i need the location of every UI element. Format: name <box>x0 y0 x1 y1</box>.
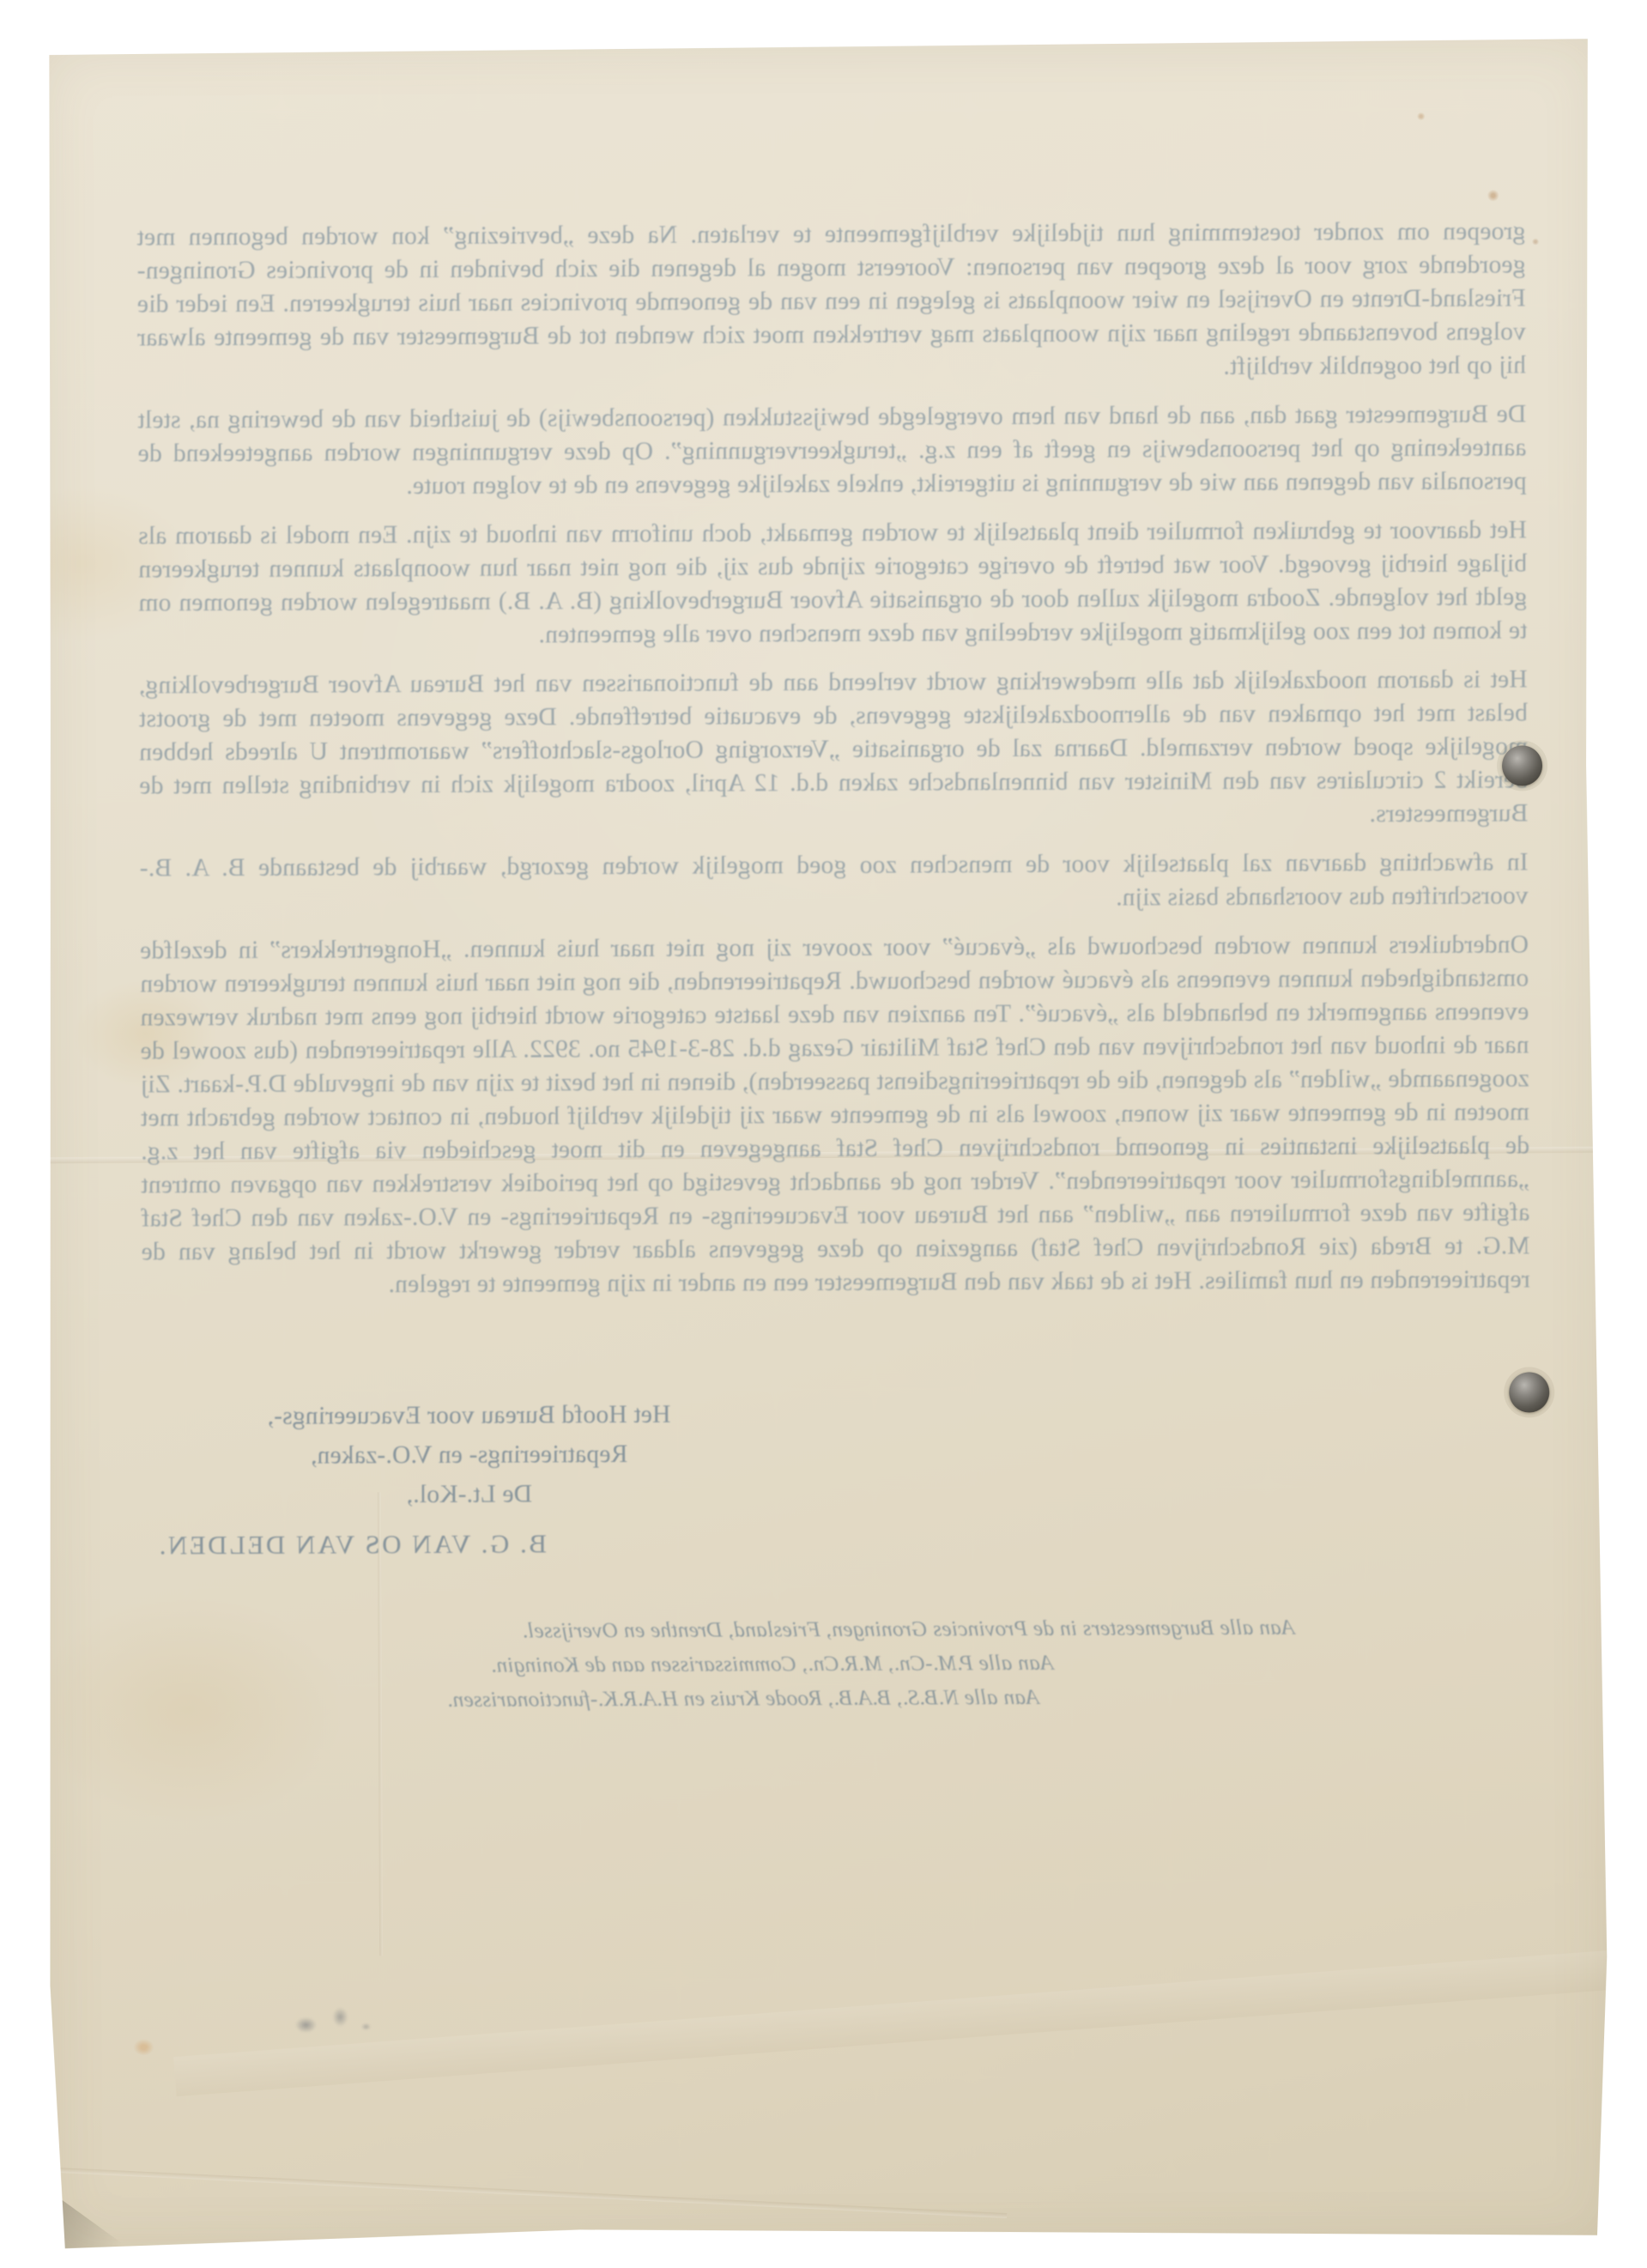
distribution-list: Aan alle Burgemeesters in de Provincies … <box>142 1609 1532 1718</box>
metal-fastener-bottom <box>1509 1372 1549 1412</box>
body-paragraph-2: De Burgemeester gaat dan, aan de hand va… <box>137 397 1526 504</box>
body-paragraph-4: Het is daarom noodzakelijk dat alle mede… <box>139 663 1529 836</box>
metal-fastener-top <box>1502 745 1542 785</box>
signature-line-office: Het Hoofd Bureau voor Evacueerings-, <box>0 1392 1163 1438</box>
photo-background: groepen om zonder toestemming hun tijdel… <box>0 0 1647 2268</box>
distribution-line-3: Aan alle N.B.S., B.A.B., Roode Kruis en … <box>49 1678 1438 1719</box>
signature-line-rank: De Lt.-Kol., <box>0 1471 1164 1517</box>
document-sheet-verso: groepen om zonder toestemming hun tijdel… <box>39 36 1609 2251</box>
body-paragraph-6: Onderduikers kunnen worden beschouwd als… <box>140 928 1530 1302</box>
signature-block: Het Hoofd Bureau voor Evacueerings-, Rep… <box>142 1391 1531 1565</box>
body-paragraph-3: Het daarvoor te gebruiken formulier dien… <box>138 513 1528 653</box>
bleed-through-text-layer: groepen om zonder toestemming hun tijdel… <box>39 36 1609 2251</box>
distribution-line-2: Aan alle P.M.-Cn., M.R.Cn., Commissariss… <box>78 1644 1467 1684</box>
signature-line-department: Repatrieerings- en V.O.-zaken, <box>0 1432 1164 1477</box>
distribution-line-1: Aan alle Burgemeesters in de Provincies … <box>214 1609 1602 1649</box>
body-paragraph-1: groepen om zonder toestemming hun tijdel… <box>136 215 1526 388</box>
signatory-name: B. G. VAN OS VAN DELDEN. <box>0 1522 1046 1568</box>
pencil-scribble <box>293 2003 378 2042</box>
body-paragraph-5: In afwachting daarvan zal plaatselijk vo… <box>140 846 1529 919</box>
